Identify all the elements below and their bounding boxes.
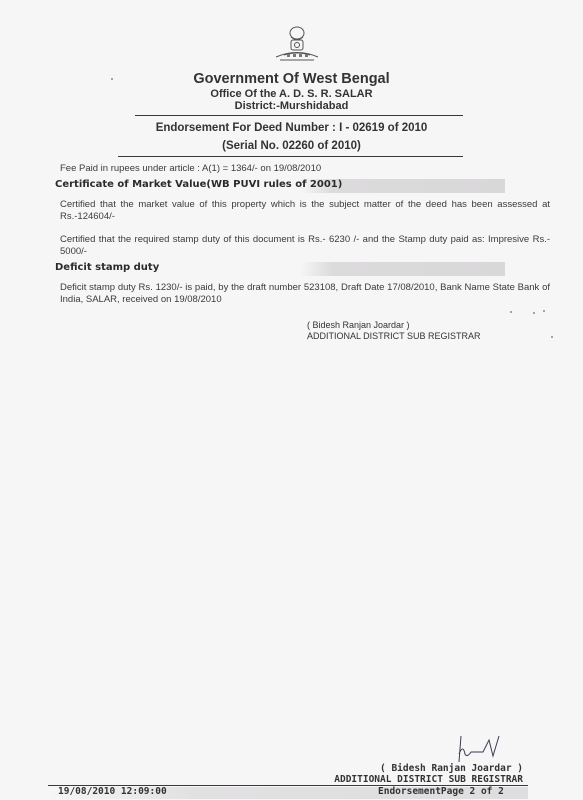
signatory-name: ( Bidesh Ranjan Joardar ) (307, 320, 481, 331)
market-value-paragraph: Certified that the market value of this … (60, 199, 550, 223)
district-name: District:-Murshidabad (0, 100, 583, 112)
signatory-block: ( Bidesh Ranjan Joardar ) ADDITIONAL DIS… (307, 320, 481, 342)
market-value-heading: Certificate of Market Value(WB PUVI rule… (55, 179, 342, 190)
fee-paid-text: Fee Paid in rupees under article : A(1) … (60, 163, 550, 175)
state-emblem-icon (270, 24, 324, 64)
stamp-duty-paragraph: Certified that the required stamp duty o… (60, 234, 550, 258)
footer-datetime: 19/08/2010 12:09:00 (58, 786, 167, 797)
endorsement-header: Endorsement For Deed Number : I - 02619 … (0, 119, 583, 155)
scan-speck (533, 312, 535, 314)
scan-speck (111, 78, 113, 80)
footer-page-number: EndorsementPage 2 of 2 (378, 786, 504, 797)
scan-speck (543, 310, 545, 312)
government-title: Government Of West Bengal (0, 71, 583, 87)
divider-bottom (118, 156, 463, 157)
deficit-heading: Deficit stamp duty (55, 262, 159, 273)
office-block: Office Of the A. D. S. R. SALAR District… (0, 88, 583, 112)
handwritten-signature-icon (453, 734, 503, 764)
scan-speck (551, 336, 553, 338)
footer-signatory-designation: ADDITIONAL DISTRICT SUB REGISTRAR (334, 774, 523, 785)
footer-signatory-name: ( Bidesh Ranjan Joardar ) (334, 763, 523, 774)
scan-speck (510, 311, 512, 313)
deed-number: Endorsement For Deed Number : I - 02619 … (0, 119, 583, 137)
footer-signatory: ( Bidesh Ranjan Joardar ) ADDITIONAL DIS… (334, 763, 523, 785)
signatory-designation: ADDITIONAL DISTRICT SUB REGISTRAR (307, 331, 481, 342)
serial-number: (Serial No. 02260 of 2010) (0, 137, 583, 155)
divider-top (135, 115, 463, 116)
office-name: Office Of the A. D. S. R. SALAR (0, 88, 583, 100)
deficit-paragraph: Deficit stamp duty Rs. 1230/- is paid, b… (60, 282, 550, 306)
document-page: Government Of West Bengal Office Of the … (0, 0, 583, 800)
